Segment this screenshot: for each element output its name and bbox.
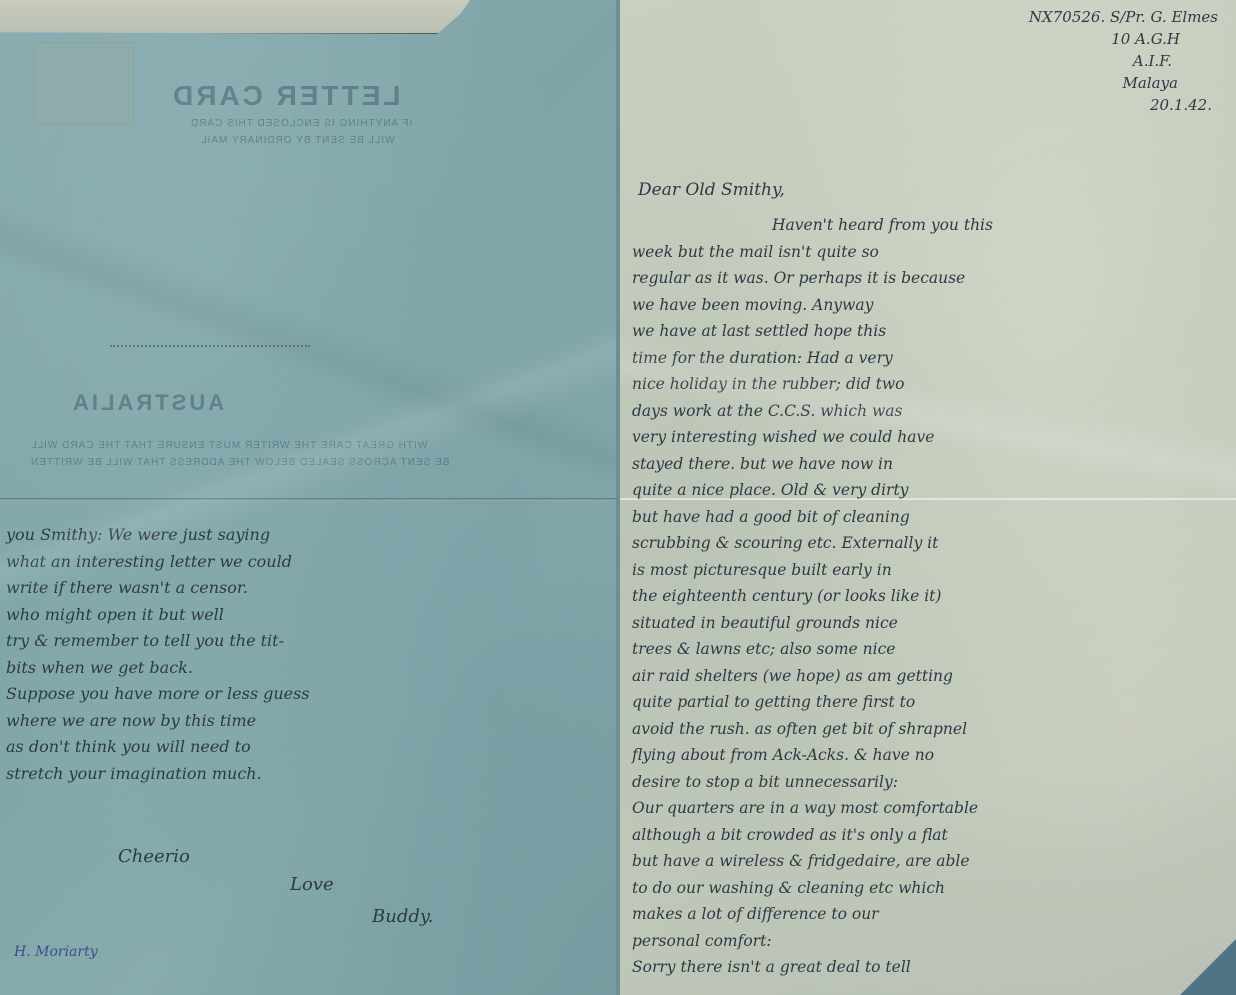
body-line: desire to stop a bit unnecessarily: [632,769,993,796]
sender-address: NX70526. S/Pr. G. Elmes 10 A.G.H A.I.F. … [1029,6,1218,116]
body-line: is most picturesque built early in [632,557,993,584]
printed-subtitle-2: WILL BE SENT BY ORDINARY MAIL [200,135,395,146]
closing-cheerio: Cheerio [118,848,190,866]
letter-date: 20.1.42. [1029,94,1212,116]
body-line: to do our washing & cleaning etc which [632,875,993,902]
body-line: regular as it was. Or perhaps it is beca… [632,265,993,292]
body-line: makes a lot of difference to our [632,901,993,928]
printed-address-line [110,345,310,347]
printed-country: AUSTRALIA [70,390,224,416]
body-line: we have been moving. Anyway [632,292,993,319]
body-line: Sorry there isn't a great deal to tell [632,954,993,981]
body-line: very interesting wished we could have [632,424,993,451]
body-line: week but the mail isn't quite so [632,239,993,266]
body-line: but have a wireless & fridgedaire, are a… [632,848,993,875]
body-line: situated in beautiful grounds nice [632,610,993,637]
address-location: Malaya [1029,72,1178,94]
body-line: trees & lawns etc; also some nice [632,636,993,663]
printed-note-2: BE SENT ACROSS SEALED BELOW THE ADDRESS … [30,457,449,468]
letter-body-continued: you Smithy: We were just saying what an … [6,522,310,787]
body-line: who might open it but well [6,602,310,629]
archive-annotation: H. Moriarty [14,945,98,959]
address-force: A.I.F. [1029,50,1172,72]
body-line: Our quarters are in a way most comfortab… [632,795,993,822]
fold-crease [0,498,620,501]
closing-love: Love [290,876,334,894]
body-line: where we are now by this time [6,708,310,735]
stamp-box [34,42,134,124]
folded-corner [1180,939,1236,995]
printed-note-1: WITH GREAT CARE THE WRITER MUST ENSURE T… [30,440,427,451]
body-line: you Smithy: We were just saying [6,522,310,549]
letter-sheet-right-panel: NX70526. S/Pr. G. Elmes 10 A.G.H A.I.F. … [620,0,1236,995]
letter-body: Haven't heard from you this week but the… [632,212,993,981]
body-line: stretch your imagination much. [6,761,310,788]
body-line: avoid the rush. as often get bit of shra… [632,716,993,743]
body-line: the eighteenth century (or looks like it… [632,583,993,610]
printed-title: LETTER CARD [170,80,401,112]
printed-subtitle-1: IF ANYTHING IS ENCLOSED THIS CARD [190,118,412,129]
salutation: Dear Old Smithy, [638,182,785,199]
torn-paper-flap [0,0,470,34]
body-line: days work at the C.C.S. which was [632,398,993,425]
body-line: nice holiday in the rubber; did two [632,371,993,398]
body-line: Haven't heard from you this [632,212,993,239]
body-line: personal comfort: [632,928,993,955]
body-line: Suppose you have more or less guess [6,681,310,708]
body-line: try & remember to tell you the tit- [6,628,310,655]
body-line: flying about from Ack-Acks. & have no [632,742,993,769]
body-line: write if there wasn't a censor. [6,575,310,602]
letter-card-left-panel: LETTER CARD IF ANYTHING IS ENCLOSED THIS… [0,0,620,995]
body-line: we have at last settled hope this [632,318,993,345]
body-line: time for the duration: Had a very [632,345,993,372]
body-line: but have had a good bit of cleaning [632,504,993,531]
signature: Buddy. [372,908,433,926]
body-line: as don't think you will need to [6,734,310,761]
body-line: quite a nice place. Old & very dirty [632,477,993,504]
letter-scan: LETTER CARD IF ANYTHING IS ENCLOSED THIS… [0,0,1236,995]
body-line: stayed there. but we have now in [632,451,993,478]
body-line: quite partial to getting there first to [632,689,993,716]
body-line: air raid shelters (we hope) as am gettin… [632,663,993,690]
address-service-number: NX70526. S/Pr. G. Elmes [1029,6,1218,28]
body-line: what an interesting letter we could [6,549,310,576]
body-line: scrubbing & scouring etc. Externally it [632,530,993,557]
body-line: bits when we get back. [6,655,310,682]
address-unit: 10 A.G.H [1029,28,1180,50]
body-line: although a bit crowded as it's only a fl… [632,822,993,849]
